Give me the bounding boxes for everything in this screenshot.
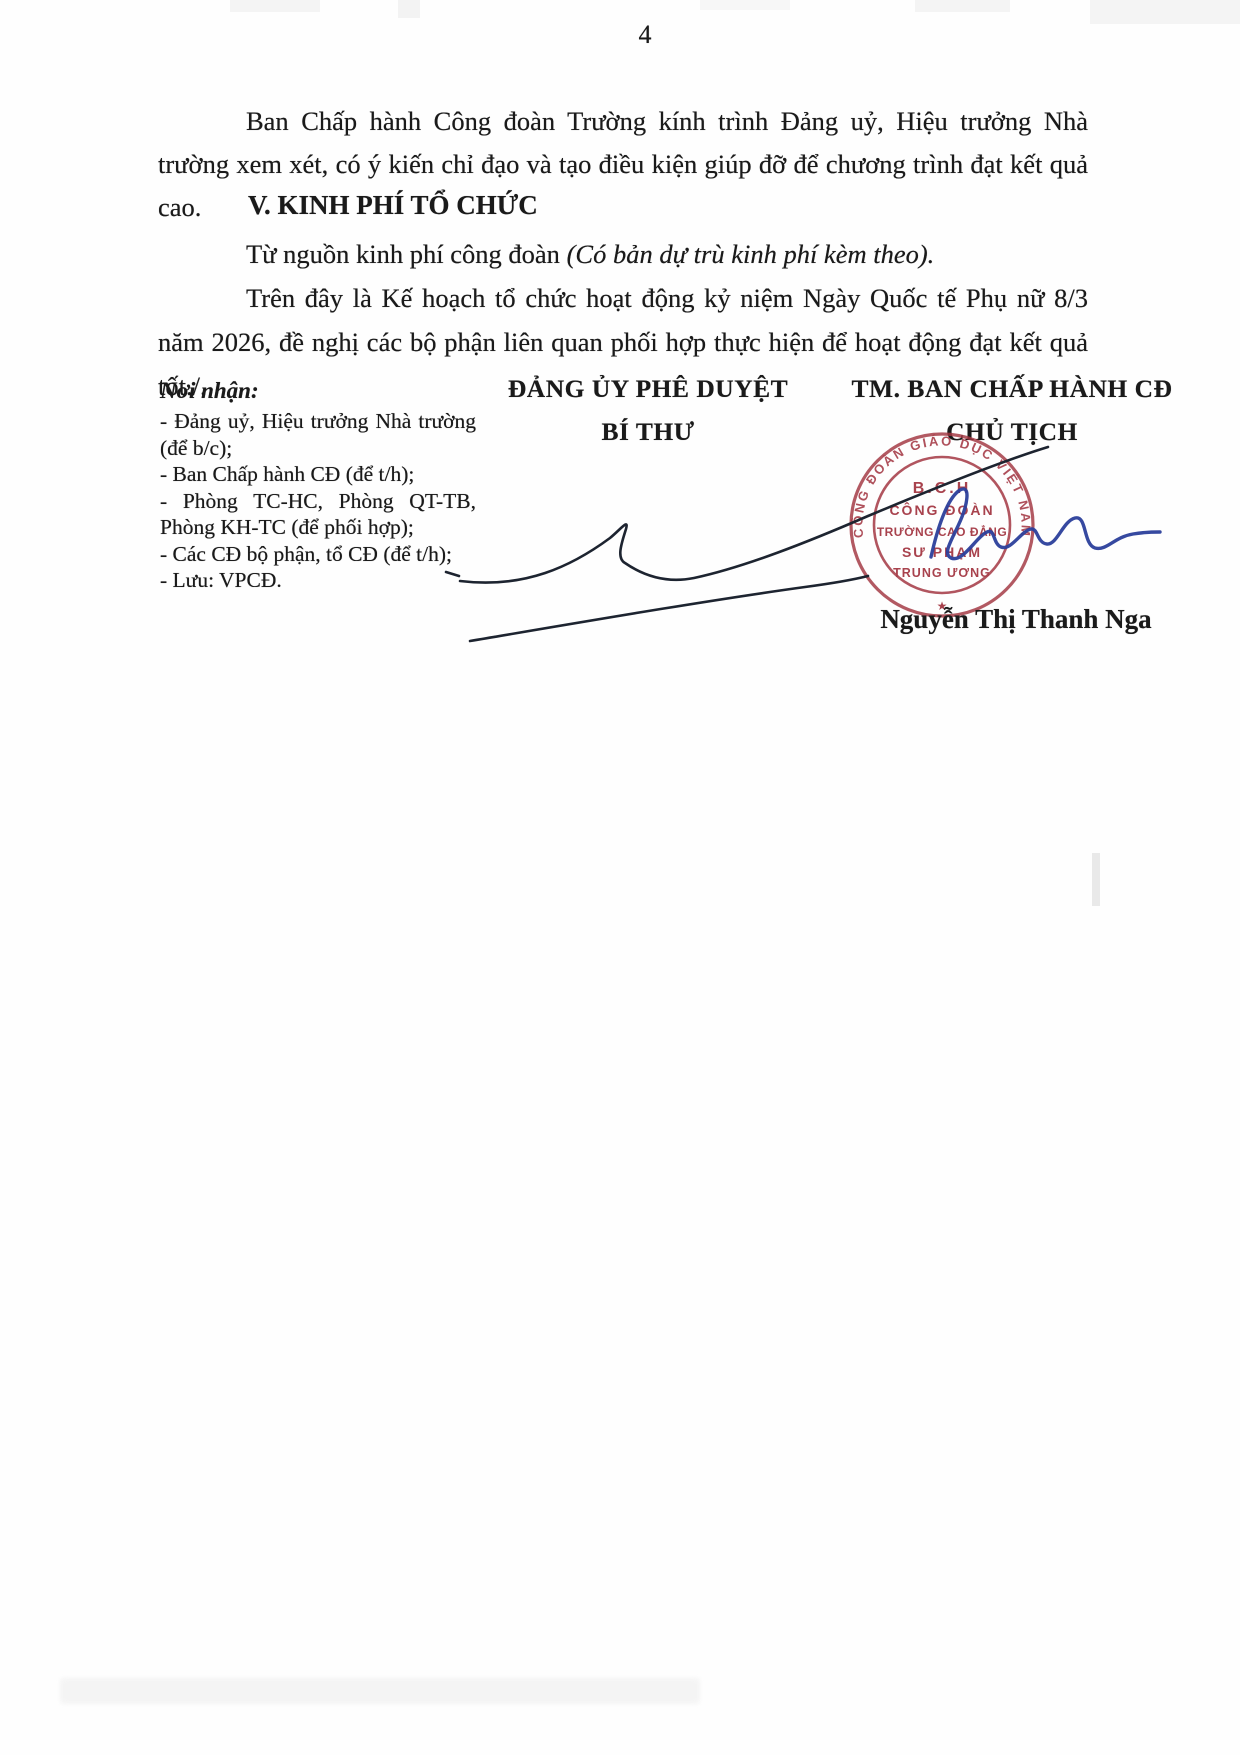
approval-title: ĐẢNG ỦY PHÊ DUYỆT <box>468 374 828 404</box>
scan-artifact <box>1092 853 1100 906</box>
recipients-block: Nơi nhận: - Đảng uỷ, Hiệu trưởng Nhà trư… <box>160 378 476 594</box>
scanned-document-page: 4 Ban Chấp hành Công đoàn Trường kính tr… <box>0 0 1240 1755</box>
scan-artifact <box>60 1678 700 1704</box>
union-title: TM. BAN CHẤP HÀNH CĐ <box>826 374 1198 404</box>
recipient-item: - Ban Chấp hành CĐ (để t/h); <box>160 461 476 488</box>
scan-artifact <box>398 0 420 18</box>
chairwoman-signature <box>900 465 1170 570</box>
scan-artifact <box>915 0 1010 12</box>
recipient-item: - Lưu: VPCĐ. <box>160 567 476 594</box>
funding-note-italic: (Có bản dự trù kinh phí kèm theo). <box>567 239 935 269</box>
recipients-label: Nơi nhận: <box>160 378 476 404</box>
funding-source-text: Từ nguồn kinh phí công đoàn <box>246 239 567 269</box>
recipient-item: - Phòng TC-HC, Phòng QT-TB, Phòng KH-TC … <box>160 488 476 541</box>
recipient-item: - Đảng uỷ, Hiệu trưởng Nhà trường (để b/… <box>160 408 476 461</box>
scan-artifact <box>1090 0 1240 24</box>
paragraph-funding: Từ nguồn kinh phí công đoàn (Có bản dự t… <box>158 233 1088 276</box>
scan-artifact <box>230 0 320 12</box>
scan-artifact <box>700 0 790 10</box>
page-number: 4 <box>610 20 680 50</box>
recipient-item: - Các CĐ bộ phận, tổ CĐ (để t/h); <box>160 541 476 568</box>
signer-name: Nguyễn Thị Thanh Nga <box>836 604 1196 635</box>
section-heading-funding: V. KINH PHÍ TỔ CHỨC <box>248 190 538 221</box>
